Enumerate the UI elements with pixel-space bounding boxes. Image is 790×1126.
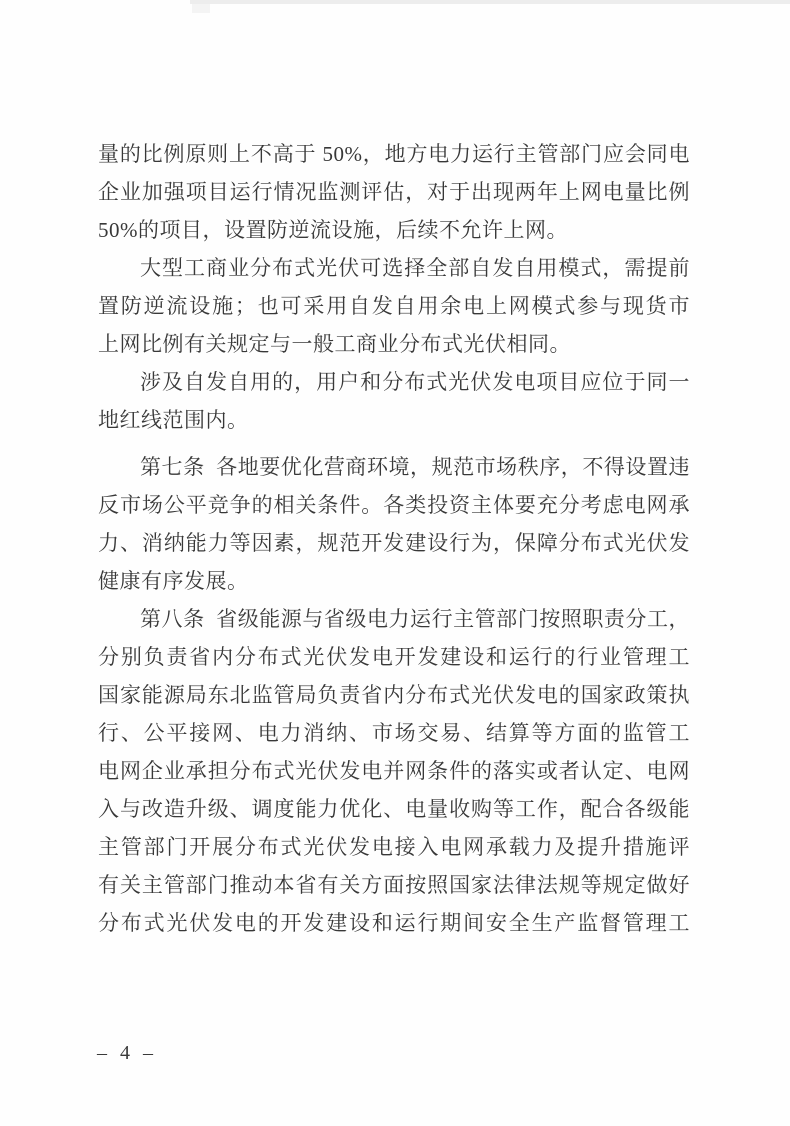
text-line: 分布式光伏发电的开发建设和运行期间安全生产监督管理工作。 (98, 904, 690, 942)
line-text: 涉及自发自用的，用户和分布式光伏发电项目应位于同一用 (98, 370, 690, 401)
paragraph: 量的比例原则上不高于 50%，地方电力运行主管部门应会同电网企业加强项目运行情况… (98, 135, 690, 249)
article-number: 第七条 (140, 455, 205, 479)
text-line: 企业加强项目运行情况监测评估，对于出现两年上网电量比例超 (98, 173, 690, 211)
line-text: 分布式光伏发电的开发建设和运行期间安全生产监督管理工作。 (98, 911, 690, 942)
line-text: 电网企业承担分布式光伏发电并网条件的落实或者认定、电网接 (98, 759, 690, 790)
scan-edge-artifact (190, 0, 790, 4)
text-line: 第七条各地要优化营商环境，规范市场秩序，不得设置违 (98, 448, 690, 486)
text-line: 行、公平接网、电力消纳、市场交易、结算等方面的监管工作。 (98, 714, 690, 752)
line-text: 反市场公平竞争的相关条件。各类投资主体要充分考虑电网承载 (98, 493, 690, 524)
text-line: 国家能源局东北监管局负责省内分布式光伏发电的国家政策执 (98, 676, 690, 714)
text-line: 上网比例有关规定与一般工商业分布式光伏相同。 (98, 325, 690, 363)
line-text: 分别负责省内分布式光伏发电开发建设和运行的行业管理工作。 (98, 645, 690, 676)
page-number: – 4 – (97, 1042, 157, 1064)
line-text: 地红线范围内。 (98, 408, 249, 432)
text-line: 分别负责省内分布式光伏发电开发建设和运行的行业管理工作。 (98, 638, 690, 676)
text-line: 电网企业承担分布式光伏发电并网条件的落实或者认定、电网接 (98, 752, 690, 790)
line-text: 有关主管部门推动本省有关方面按照国家法律法规等规定做好 (98, 873, 690, 897)
text-line: 有关主管部门推动本省有关方面按照国家法律法规等规定做好 (98, 866, 690, 904)
line-text: 主管部门开展分布式光伏发电接入电网承载力及提升措施评估。 (98, 835, 690, 866)
line-text: 入与改造升级、调度能力优化、电量收购等工作，配合各级能源 (98, 797, 690, 828)
text-line: 入与改造升级、调度能力优化、电量收购等工作，配合各级能源 (98, 790, 690, 828)
text-line: 健康有序发展。 (98, 562, 690, 600)
line-text: 50%的项目，设置防逆流设施，后续不允许上网。 (98, 218, 568, 242)
paragraph: 大型工商业分布式光伏可选择全部自发自用模式，需提前设置防逆流设施；也可采用自发自… (98, 249, 690, 363)
text-line: 主管部门开展分布式光伏发电接入电网承载力及提升措施评估。 (98, 828, 690, 866)
line-text: 行、公平接网、电力消纳、市场交易、结算等方面的监管工作。 (98, 721, 690, 752)
line-text: 力、消纳能力等因素，规范开发建设行为，保障分布式光伏发电 (98, 531, 690, 562)
text-line: 第八条省级能源与省级电力运行主管部门按照职责分工， (98, 600, 690, 638)
document-page: 量的比例原则上不高于 50%，地方电力运行主管部门应会同电网企业加强项目运行情况… (0, 0, 790, 1126)
text-line: 量的比例原则上不高于 50%，地方电力运行主管部门应会同电网 (98, 135, 690, 173)
paragraph: 第七条各地要优化营商环境，规范市场秩序，不得设置违反市场公平竞争的相关条件。各类… (98, 448, 690, 600)
line-text: 置防逆流设施；也可采用自发自用余电上网模式参与现货市场， (98, 294, 690, 325)
text-line: 50%的项目，设置防逆流设施，后续不允许上网。 (98, 211, 690, 249)
article-number: 第八条 (140, 607, 205, 631)
line-text: 企业加强项目运行情况监测评估，对于出现两年上网电量比例超 (98, 180, 690, 211)
text-line: 地红线范围内。 (98, 401, 690, 439)
line-text: 量的比例原则上不高于 50%，地方电力运行主管部门应会同电网 (98, 142, 690, 173)
line-text: 健康有序发展。 (98, 569, 249, 593)
text-line: 反市场公平竞争的相关条件。各类投资主体要充分考虑电网承载 (98, 486, 690, 524)
line-text: 大型工商业分布式光伏可选择全部自发自用模式，需提前设 (98, 256, 690, 287)
line-text: 上网比例有关规定与一般工商业分布式光伏相同。 (98, 332, 571, 356)
line-text: 各地要优化营商环境，规范市场秩序，不得设置违 (216, 455, 690, 479)
text-line: 大型工商业分布式光伏可选择全部自发自用模式，需提前设 (98, 249, 690, 287)
paragraph: 涉及自发自用的，用户和分布式光伏发电项目应位于同一用地红线范围内。 (98, 363, 690, 439)
page-footer: – 4 – (97, 1040, 157, 1066)
line-text: 省级能源与省级电力运行主管部门按照职责分工， (216, 607, 690, 631)
text-line: 涉及自发自用的，用户和分布式光伏发电项目应位于同一用 (98, 363, 690, 401)
line-text: 国家能源局东北监管局负责省内分布式光伏发电的国家政策执 (98, 683, 690, 707)
text-line: 置防逆流设施；也可采用自发自用余电上网模式参与现货市场， (98, 287, 690, 325)
text-line: 力、消纳能力等因素，规范开发建设行为，保障分布式光伏发电 (98, 524, 690, 562)
document-body: 量的比例原则上不高于 50%，地方电力运行主管部门应会同电网企业加强项目运行情况… (98, 135, 690, 942)
paragraph: 第八条省级能源与省级电力运行主管部门按照职责分工，分别负责省内分布式光伏发电开发… (98, 600, 690, 942)
scan-edge-notch (192, 4, 210, 13)
